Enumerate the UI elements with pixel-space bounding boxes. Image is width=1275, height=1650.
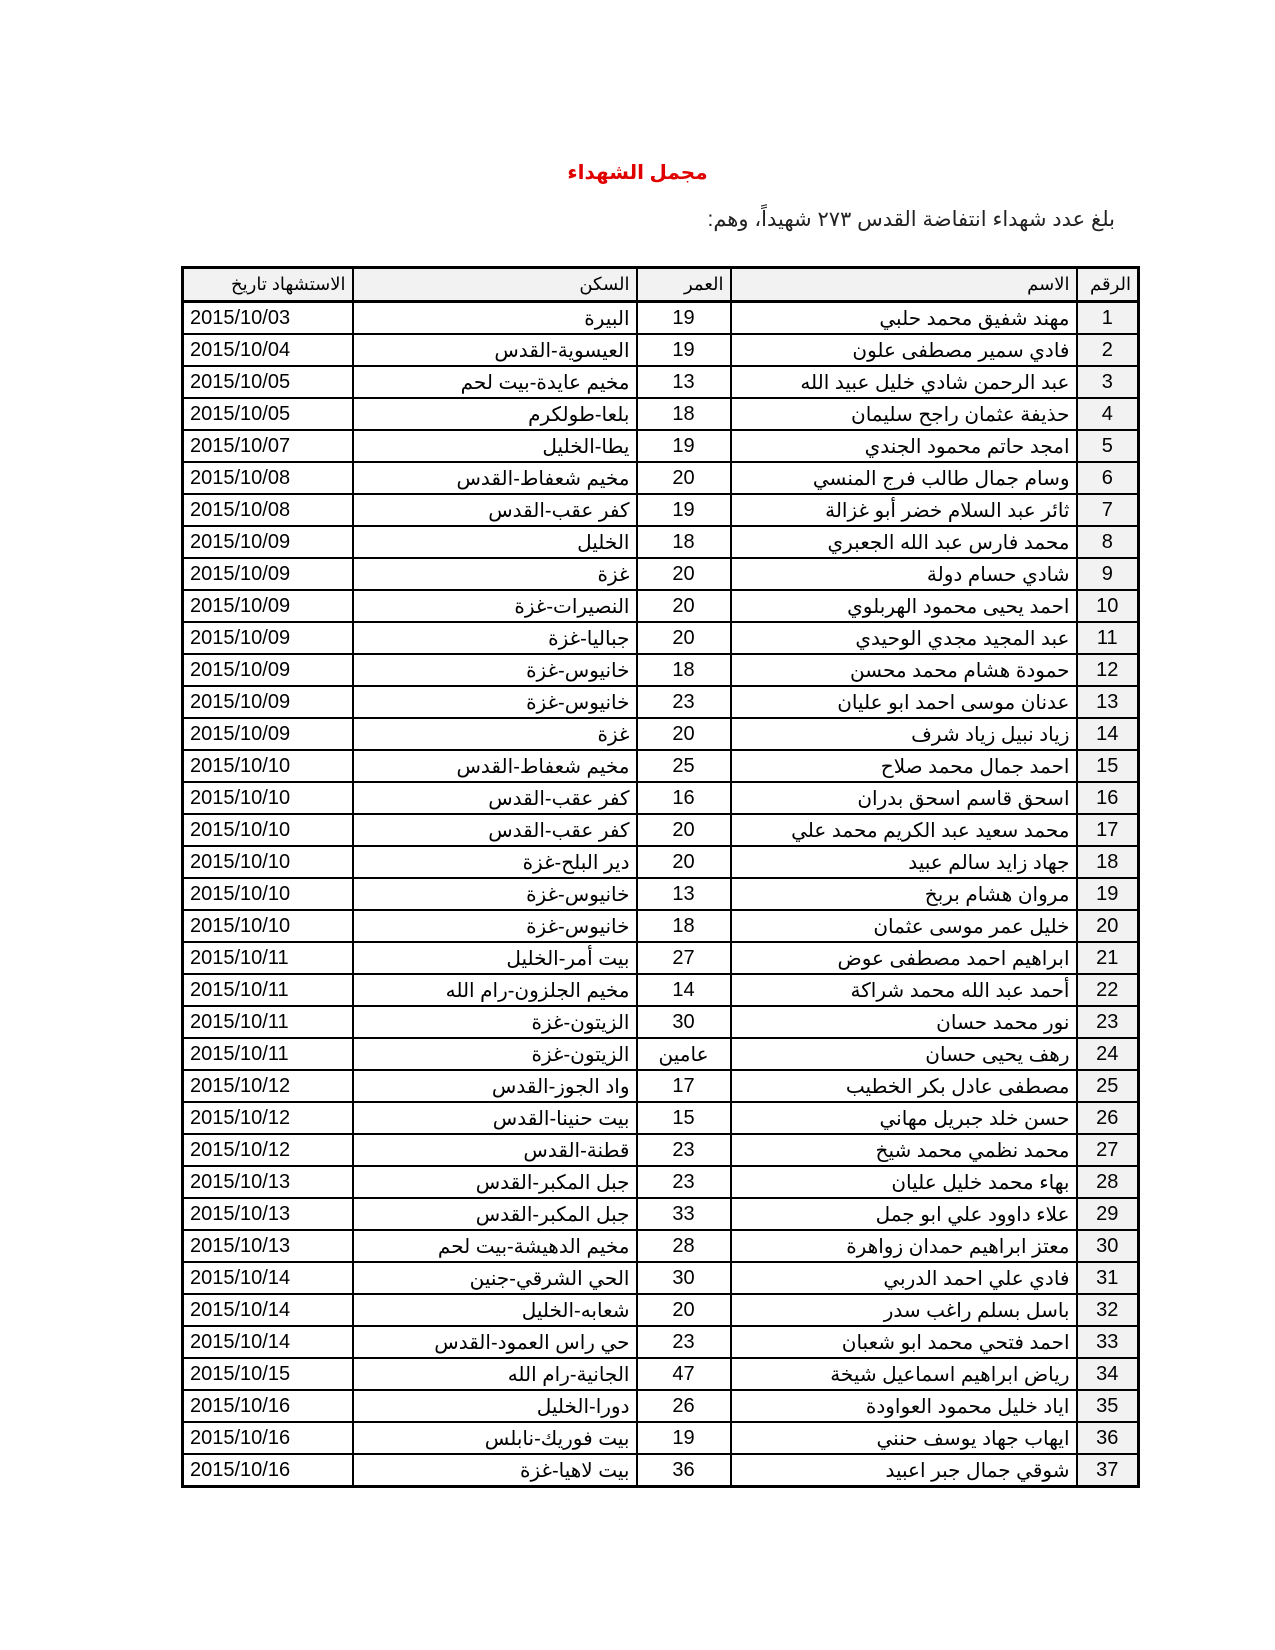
age-cell: 20 — [637, 462, 731, 494]
date-cell: 2015/10/10 — [183, 846, 353, 878]
martyr-name: مصطفى عادل بكر الخطيب — [731, 1070, 1077, 1102]
martyr-name: نور محمد حسان — [731, 1006, 1077, 1038]
date-cell: 2015/10/09 — [183, 526, 353, 558]
table-row: 26حسن خلد جبريل مهاني15بيت حنينا-القدس20… — [183, 1102, 1139, 1134]
date-cell: 2015/10/09 — [183, 686, 353, 718]
age-cell: 17 — [637, 1070, 731, 1102]
martyr-name: جهاد زايد سالم عبيد — [731, 846, 1077, 878]
residence-cell: الخليل — [353, 526, 637, 558]
row-number: 34 — [1077, 1358, 1139, 1390]
date-cell: 2015/10/09 — [183, 590, 353, 622]
age-cell: 13 — [637, 878, 731, 910]
row-number: 24 — [1077, 1038, 1139, 1070]
date-cell: 2015/10/14 — [183, 1262, 353, 1294]
header-residence: السكن — [353, 268, 637, 302]
age-cell: 26 — [637, 1390, 731, 1422]
martyr-name: عدنان موسى احمد ابو عليان — [731, 686, 1077, 718]
age-cell: 16 — [637, 782, 731, 814]
row-number: 2 — [1077, 334, 1139, 366]
row-number: 9 — [1077, 558, 1139, 590]
residence-cell: خانيوس-غزة — [353, 654, 637, 686]
martyr-name: عبد الرحمن شادي خليل عبيد الله — [731, 366, 1077, 398]
age-cell: 20 — [637, 846, 731, 878]
date-cell: 2015/10/04 — [183, 334, 353, 366]
row-number: 17 — [1077, 814, 1139, 846]
martyrs-table: الرقم الاسم العمر السكن الاستشهاد تاريخ … — [181, 266, 1140, 1488]
row-number: 19 — [1077, 878, 1139, 910]
date-cell: 2015/10/16 — [183, 1454, 353, 1487]
date-cell: 2015/10/11 — [183, 1038, 353, 1070]
table-row: 15احمد جمال محمد صلاح25مخيم شعفاط-القدس2… — [183, 750, 1139, 782]
table-row: 6وسام جمال طالب فرج المنسي20مخيم شعفاط-ا… — [183, 462, 1139, 494]
age-cell: 33 — [637, 1198, 731, 1230]
residence-cell: جبل المكبر-القدس — [353, 1198, 637, 1230]
row-number: 15 — [1077, 750, 1139, 782]
table-row: 37شوقي جمال جبر اعبيد36بيت لاهيا-غزة2015… — [183, 1454, 1139, 1487]
table-row: 29علاء داوود علي ابو جمل33جبل المكبر-الق… — [183, 1198, 1139, 1230]
age-cell: 23 — [637, 1134, 731, 1166]
row-number: 31 — [1077, 1262, 1139, 1294]
martyr-name: شادي حسام دولة — [731, 558, 1077, 590]
row-number: 5 — [1077, 430, 1139, 462]
age-cell: 27 — [637, 942, 731, 974]
table-row: 9شادي حسام دولة20غزة2015/10/09 — [183, 558, 1139, 590]
table-row: 20خليل عمر موسى عثمان18خانيوس-غزة2015/10… — [183, 910, 1139, 942]
row-number: 36 — [1077, 1422, 1139, 1454]
row-number: 35 — [1077, 1390, 1139, 1422]
age-cell: 47 — [637, 1358, 731, 1390]
residence-cell: بلعا-طولكرم — [353, 398, 637, 430]
martyr-name: احمد فتحي محمد ابو شعبان — [731, 1326, 1077, 1358]
martyr-name: حذيفة عثمان راجح سليمان — [731, 398, 1077, 430]
age-cell: 20 — [637, 590, 731, 622]
residence-cell: الجانية-رام الله — [353, 1358, 637, 1390]
martyr-name: اسحق قاسم اسحق بدران — [731, 782, 1077, 814]
row-number: 6 — [1077, 462, 1139, 494]
row-number: 18 — [1077, 846, 1139, 878]
residence-cell: بيت حنينا-القدس — [353, 1102, 637, 1134]
date-cell: 2015/10/11 — [183, 1006, 353, 1038]
table-row: 25مصطفى عادل بكر الخطيب17واد الجوز-القدس… — [183, 1070, 1139, 1102]
row-number: 33 — [1077, 1326, 1139, 1358]
residence-cell: شعابه-الخليل — [353, 1294, 637, 1326]
row-number: 27 — [1077, 1134, 1139, 1166]
age-cell: 19 — [637, 1422, 731, 1454]
row-number: 30 — [1077, 1230, 1139, 1262]
age-cell: 30 — [637, 1262, 731, 1294]
row-number: 4 — [1077, 398, 1139, 430]
row-number: 37 — [1077, 1454, 1139, 1487]
row-number: 22 — [1077, 974, 1139, 1006]
residence-cell: الزيتون-غزة — [353, 1038, 637, 1070]
date-cell: 2015/10/09 — [183, 622, 353, 654]
age-cell: 19 — [637, 494, 731, 526]
residence-cell: واد الجوز-القدس — [353, 1070, 637, 1102]
residence-cell: غزة — [353, 718, 637, 750]
age-cell: 18 — [637, 526, 731, 558]
residence-cell: البيرة — [353, 302, 637, 335]
table-row: 18جهاد زايد سالم عبيد20دير البلح-غزة2015… — [183, 846, 1139, 878]
row-number: 11 — [1077, 622, 1139, 654]
residence-cell: بيت فوريك-نابلس — [353, 1422, 637, 1454]
header-name: الاسم — [731, 268, 1077, 302]
age-cell: 18 — [637, 910, 731, 942]
table-row: 11عبد المجيد مجدي الوحيدي20جباليا-غزة201… — [183, 622, 1139, 654]
age-cell: 18 — [637, 398, 731, 430]
row-number: 16 — [1077, 782, 1139, 814]
residence-cell: حي راس العمود-القدس — [353, 1326, 637, 1358]
age-cell: 25 — [637, 750, 731, 782]
table-row: 32باسل بسلم راغب سدر20شعابه-الخليل2015/1… — [183, 1294, 1139, 1326]
date-cell: 2015/10/05 — [183, 366, 353, 398]
date-cell: 2015/10/09 — [183, 718, 353, 750]
residence-cell: دير البلح-غزة — [353, 846, 637, 878]
date-cell: 2015/10/07 — [183, 430, 353, 462]
age-cell: 13 — [637, 366, 731, 398]
row-number: 32 — [1077, 1294, 1139, 1326]
date-cell: 2015/10/09 — [183, 654, 353, 686]
date-cell: 2015/10/12 — [183, 1070, 353, 1102]
martyr-name: احمد جمال محمد صلاح — [731, 750, 1077, 782]
residence-cell: الزيتون-غزة — [353, 1006, 637, 1038]
residence-cell: بيت أمر-الخليل — [353, 942, 637, 974]
date-cell: 2015/10/16 — [183, 1390, 353, 1422]
table-row: 17محمد سعيد عبد الكريم محمد علي20كفر عقب… — [183, 814, 1139, 846]
table-row: 1مهند شفيق محمد حلبي19البيرة2015/10/03 — [183, 302, 1139, 335]
row-number: 12 — [1077, 654, 1139, 686]
age-cell: 15 — [637, 1102, 731, 1134]
row-number: 28 — [1077, 1166, 1139, 1198]
residence-cell: مخيم الدهيشة-بيت لحم — [353, 1230, 637, 1262]
table-row: 10احمد يحيى محمود الهربلوي20النصيرات-غزة… — [183, 590, 1139, 622]
row-number: 13 — [1077, 686, 1139, 718]
table-row: 31فادي علي احمد الدربي30الحي الشرقي-جنين… — [183, 1262, 1139, 1294]
row-number: 3 — [1077, 366, 1139, 398]
residence-cell: جباليا-غزة — [353, 622, 637, 654]
table-row: 2فادي سمير مصطفى علون19العيسوية-القدس201… — [183, 334, 1139, 366]
table-row: 23نور محمد حسان30الزيتون-غزة2015/10/11 — [183, 1006, 1139, 1038]
table-row: 16اسحق قاسم اسحق بدران16كفر عقب-القدس201… — [183, 782, 1139, 814]
martyr-name: زياد نبيل زياد شرف — [731, 718, 1077, 750]
age-cell: 19 — [637, 430, 731, 462]
martyr-name: علاء داوود علي ابو جمل — [731, 1198, 1077, 1230]
row-number: 7 — [1077, 494, 1139, 526]
residence-cell: قطنة-القدس — [353, 1134, 637, 1166]
row-number: 1 — [1077, 302, 1139, 335]
martyr-name: ابراهيم احمد مصطفى عوض — [731, 942, 1077, 974]
martyr-name: وسام جمال طالب فرج المنسي — [731, 462, 1077, 494]
table-body: 1مهند شفيق محمد حلبي19البيرة2015/10/032ف… — [183, 302, 1139, 1487]
table-row: 30معتز ابراهيم حمدان زواهرة28مخيم الدهيش… — [183, 1230, 1139, 1262]
residence-cell: مخيم شعفاط-القدس — [353, 750, 637, 782]
residence-cell: النصيرات-غزة — [353, 590, 637, 622]
table-row: 34رياض ابراهيم اسماعيل شيخة47الجانية-رام… — [183, 1358, 1139, 1390]
residence-cell: دورا-الخليل — [353, 1390, 637, 1422]
martyr-name: امجد حاتم محمود الجندي — [731, 430, 1077, 462]
residence-cell: كفر عقب-القدس — [353, 494, 637, 526]
table-row: 19مروان هشام بربخ13خانيوس-غزة2015/10/10 — [183, 878, 1139, 910]
martyr-name: عبد المجيد مجدي الوحيدي — [731, 622, 1077, 654]
martyr-name: حمودة هشام محمد محسن — [731, 654, 1077, 686]
table-row: 13عدنان موسى احمد ابو عليان23خانيوس-غزة2… — [183, 686, 1139, 718]
date-cell: 2015/10/09 — [183, 558, 353, 590]
date-cell: 2015/10/15 — [183, 1358, 353, 1390]
table-row: 4حذيفة عثمان راجح سليمان18بلعا-طولكرم201… — [183, 398, 1139, 430]
martyr-name: أحمد عبد الله محمد شراكة — [731, 974, 1077, 1006]
table-row: 28بهاء محمد خليل عليان23جبل المكبر-القدس… — [183, 1166, 1139, 1198]
table-row: 24رهف يحيى حسانعامينالزيتون-غزة2015/10/1… — [183, 1038, 1139, 1070]
date-cell: 2015/10/10 — [183, 814, 353, 846]
age-cell: 19 — [637, 302, 731, 335]
table-row: 3عبد الرحمن شادي خليل عبيد الله13مخيم عا… — [183, 366, 1139, 398]
martyr-name: احمد يحيى محمود الهربلوي — [731, 590, 1077, 622]
date-cell: 2015/10/13 — [183, 1230, 353, 1262]
date-cell: 2015/10/13 — [183, 1166, 353, 1198]
age-cell: 30 — [637, 1006, 731, 1038]
age-cell: 28 — [637, 1230, 731, 1262]
residence-cell: مخيم الجلزون-رام الله — [353, 974, 637, 1006]
date-cell: 2015/10/10 — [183, 878, 353, 910]
residence-cell: كفر عقب-القدس — [353, 814, 637, 846]
intro-text: بلغ عدد شهداء انتفاضة القدس ٢٧٣ شهيداً، … — [708, 207, 1116, 232]
age-cell: 14 — [637, 974, 731, 1006]
date-cell: 2015/10/11 — [183, 974, 353, 1006]
date-cell: 2015/10/08 — [183, 462, 353, 494]
martyr-name: مهند شفيق محمد حلبي — [731, 302, 1077, 335]
header-age: العمر — [637, 268, 731, 302]
table-header-row: الرقم الاسم العمر السكن الاستشهاد تاريخ — [183, 268, 1139, 302]
age-cell: 20 — [637, 622, 731, 654]
martyr-name: فادي سمير مصطفى علون — [731, 334, 1077, 366]
residence-cell: خانيوس-غزة — [353, 910, 637, 942]
residence-cell: العيسوية-القدس — [353, 334, 637, 366]
martyr-name: اياد خليل محمود العواودة — [731, 1390, 1077, 1422]
page-title: مجمل الشهداء — [0, 160, 1275, 185]
martyr-name: خليل عمر موسى عثمان — [731, 910, 1077, 942]
row-number: 21 — [1077, 942, 1139, 974]
row-number: 10 — [1077, 590, 1139, 622]
table-row: 27محمد نظمي محمد شيخ23قطنة-القدس2015/10/… — [183, 1134, 1139, 1166]
martyr-name: ثائر عبد السلام خضر أبو غزالة — [731, 494, 1077, 526]
martyr-name: حسن خلد جبريل مهاني — [731, 1102, 1077, 1134]
age-cell: 19 — [637, 334, 731, 366]
table-row: 5امجد حاتم محمود الجندي19يطا-الخليل2015/… — [183, 430, 1139, 462]
row-number: 26 — [1077, 1102, 1139, 1134]
residence-cell: غزة — [353, 558, 637, 590]
row-number: 29 — [1077, 1198, 1139, 1230]
date-cell: 2015/10/03 — [183, 302, 353, 335]
age-cell: 20 — [637, 1294, 731, 1326]
header-date: الاستشهاد تاريخ — [183, 268, 353, 302]
residence-cell: يطا-الخليل — [353, 430, 637, 462]
residence-cell: بيت لاهيا-غزة — [353, 1454, 637, 1487]
row-number: 20 — [1077, 910, 1139, 942]
age-cell: 20 — [637, 718, 731, 750]
date-cell: 2015/10/13 — [183, 1198, 353, 1230]
age-cell: 20 — [637, 814, 731, 846]
residence-cell: الحي الشرقي-جنين — [353, 1262, 637, 1294]
table-row: 35اياد خليل محمود العواودة26دورا-الخليل2… — [183, 1390, 1139, 1422]
header-num: الرقم — [1077, 268, 1139, 302]
age-cell: 23 — [637, 686, 731, 718]
date-cell: 2015/10/16 — [183, 1422, 353, 1454]
residence-cell: خانيوس-غزة — [353, 686, 637, 718]
age-cell: 20 — [637, 558, 731, 590]
row-number: 8 — [1077, 526, 1139, 558]
table-row: 12حمودة هشام محمد محسن18خانيوس-غزة2015/1… — [183, 654, 1139, 686]
martyr-name: شوقي جمال جبر اعبيد — [731, 1454, 1077, 1487]
table-row: 14زياد نبيل زياد شرف20غزة2015/10/09 — [183, 718, 1139, 750]
martyr-name: رياض ابراهيم اسماعيل شيخة — [731, 1358, 1077, 1390]
row-number: 25 — [1077, 1070, 1139, 1102]
table-row: 33احمد فتحي محمد ابو شعبان23حي راس العمو… — [183, 1326, 1139, 1358]
date-cell: 2015/10/14 — [183, 1294, 353, 1326]
martyr-name: باسل بسلم راغب سدر — [731, 1294, 1077, 1326]
date-cell: 2015/10/10 — [183, 782, 353, 814]
residence-cell: مخيم عايدة-بيت لحم — [353, 366, 637, 398]
age-cell: 18 — [637, 654, 731, 686]
table-row: 36ايهاب جهاد يوسف حنني19بيت فوريك-نابلس2… — [183, 1422, 1139, 1454]
date-cell: 2015/10/12 — [183, 1102, 353, 1134]
martyr-name: محمد نظمي محمد شيخ — [731, 1134, 1077, 1166]
residence-cell: كفر عقب-القدس — [353, 782, 637, 814]
martyr-name: محمد فارس عبد الله الجعبري — [731, 526, 1077, 558]
date-cell: 2015/10/10 — [183, 910, 353, 942]
age-cell: عامين — [637, 1038, 731, 1070]
age-cell: 23 — [637, 1166, 731, 1198]
residence-cell: خانيوس-غزة — [353, 878, 637, 910]
martyr-name: بهاء محمد خليل عليان — [731, 1166, 1077, 1198]
row-number: 23 — [1077, 1006, 1139, 1038]
table-row: 22أحمد عبد الله محمد شراكة14مخيم الجلزون… — [183, 974, 1139, 1006]
martyr-name: محمد سعيد عبد الكريم محمد علي — [731, 814, 1077, 846]
residence-cell: مخيم شعفاط-القدس — [353, 462, 637, 494]
date-cell: 2015/10/11 — [183, 942, 353, 974]
date-cell: 2015/10/14 — [183, 1326, 353, 1358]
martyr-name: رهف يحيى حسان — [731, 1038, 1077, 1070]
martyr-name: مروان هشام بربخ — [731, 878, 1077, 910]
residence-cell: جبل المكبر-القدس — [353, 1166, 637, 1198]
date-cell: 2015/10/12 — [183, 1134, 353, 1166]
row-number: 14 — [1077, 718, 1139, 750]
age-cell: 23 — [637, 1326, 731, 1358]
martyr-name: معتز ابراهيم حمدان زواهرة — [731, 1230, 1077, 1262]
table-row: 21ابراهيم احمد مصطفى عوض27بيت أمر-الخليل… — [183, 942, 1139, 974]
date-cell: 2015/10/08 — [183, 494, 353, 526]
table-row: 7ثائر عبد السلام خضر أبو غزالة19كفر عقب-… — [183, 494, 1139, 526]
martyr-name: فادي علي احمد الدربي — [731, 1262, 1077, 1294]
date-cell: 2015/10/05 — [183, 398, 353, 430]
martyr-name: ايهاب جهاد يوسف حنني — [731, 1422, 1077, 1454]
date-cell: 2015/10/10 — [183, 750, 353, 782]
age-cell: 36 — [637, 1454, 731, 1487]
table-row: 8محمد فارس عبد الله الجعبري18الخليل2015/… — [183, 526, 1139, 558]
